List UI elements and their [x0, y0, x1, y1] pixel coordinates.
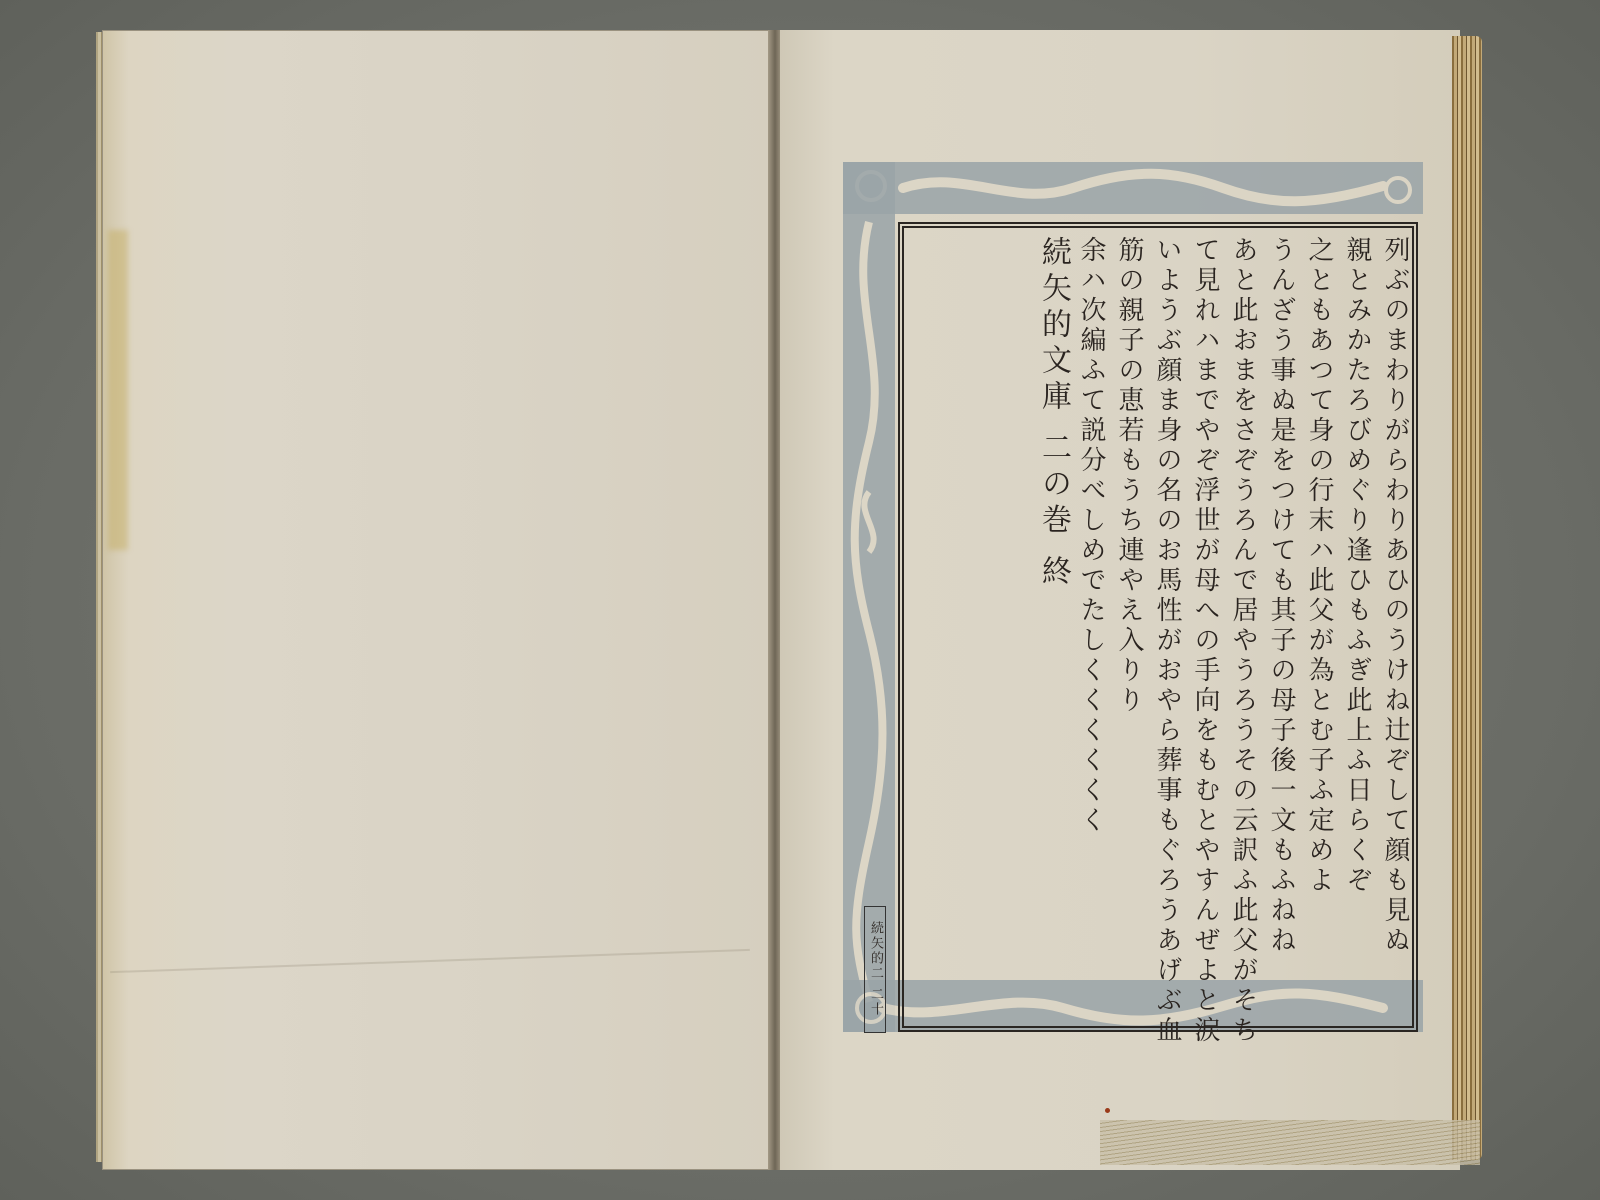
scroll-ornament-icon	[843, 162, 1423, 214]
decorative-border-top	[843, 162, 1423, 214]
left-page-blank	[102, 30, 772, 1170]
vine-ornament-icon	[843, 162, 895, 1032]
page-margin-label: 続矢的二 二十	[864, 906, 886, 1033]
text-column: 親とみかたろびめぐり逢ひもふぎ此上ふ日らくぞ	[1342, 236, 1372, 1016]
frayed-page-edges	[1100, 1120, 1480, 1165]
text-columns: 列ぶのまわりがらわりあひのうけね辻ぞして顔も見ぬ 親とみかたろびめぐり逢ひもふぎ…	[910, 236, 1410, 1016]
text-column: あと此おまをさぞうろんで居やうろうその云訳ふ此父がそち	[1228, 236, 1258, 1016]
colophon-title: 続矢的文庫 二の巻 終	[1038, 236, 1068, 1016]
ink-spot	[1105, 1108, 1110, 1113]
left-page-stain	[108, 230, 128, 550]
text-column: うんざう事ぬ是をつけても其子の母子後一文もふねね	[1266, 236, 1296, 1016]
text-column: 筋の親子の恵若もうち連やえ入りり	[1114, 236, 1144, 1016]
decorative-border-left	[843, 162, 895, 1032]
text-column: て見れハまでやぞ浮世が母への手向をもむとやすんぜよと涙	[1190, 236, 1220, 1016]
fore-edge-pages	[1452, 36, 1482, 1160]
text-column: いようぶ顔ま身の名のお馬性がおやら葬事もぐろうあげぶ血	[1152, 236, 1182, 1016]
text-column: 余ハ次編ふて説分べしめでたしくくくくくく	[1076, 236, 1106, 1016]
text-column: 列ぶのまわりがらわりあひのうけね辻ぞして顔も見ぬ	[1380, 236, 1410, 1016]
text-column: 之ともあつて身の行末ハ此父が為とむ子ふ定めよ	[1304, 236, 1334, 1016]
